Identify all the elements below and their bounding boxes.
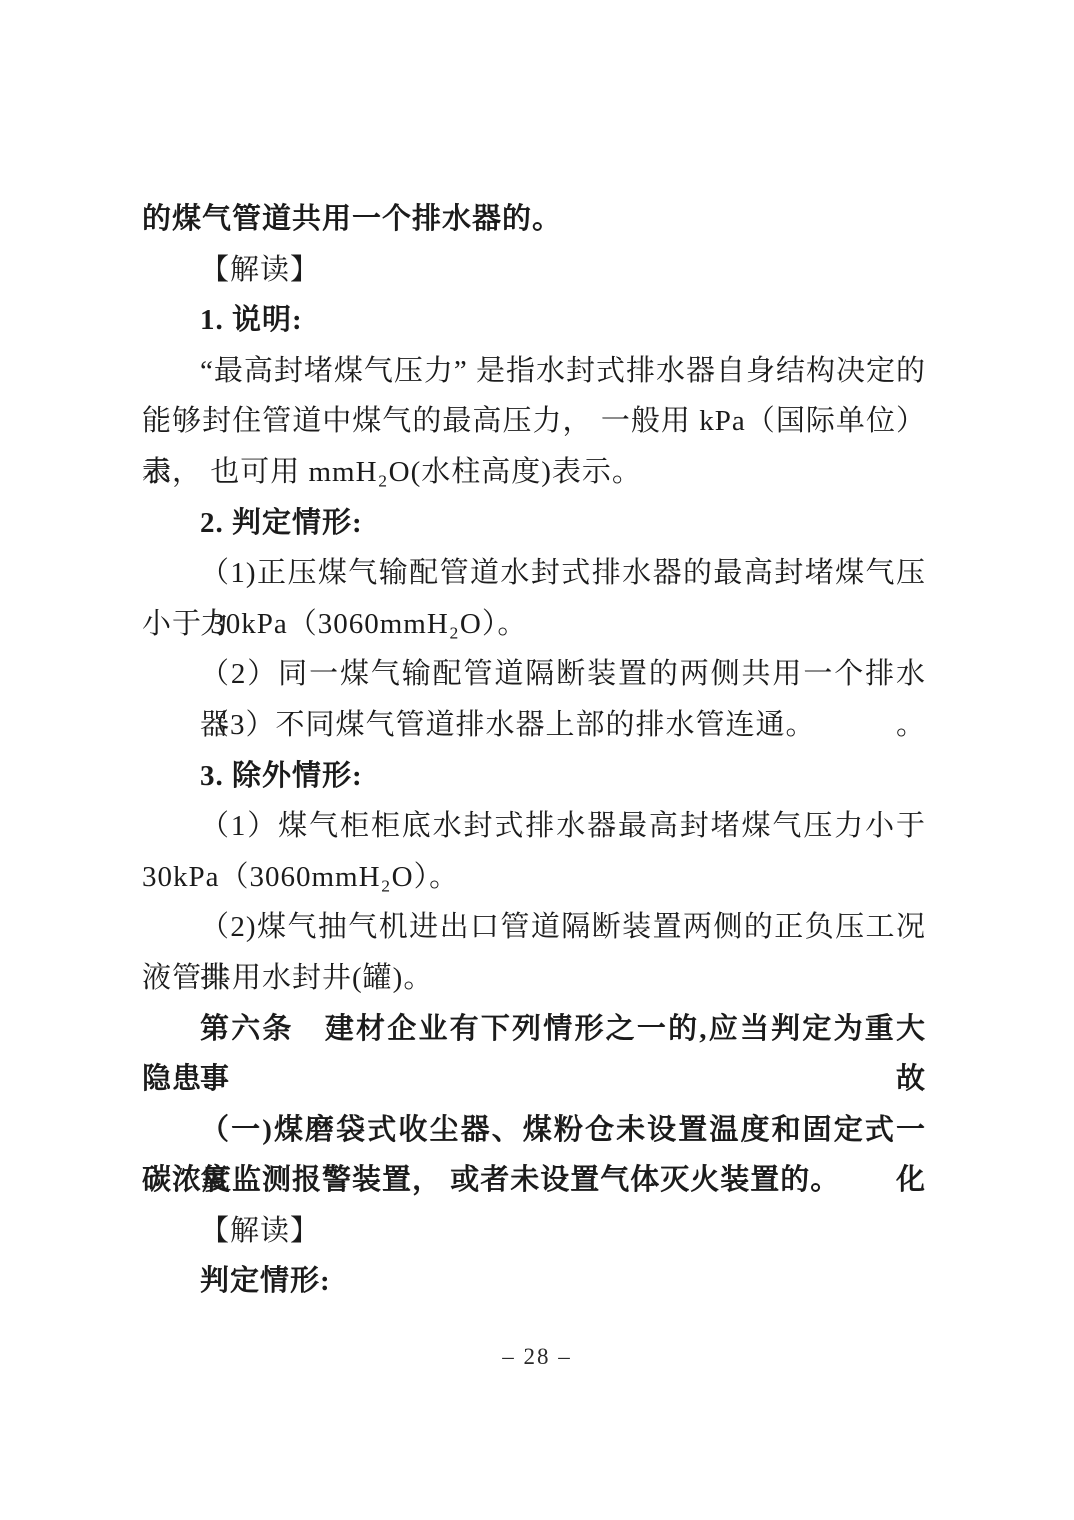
text-line: （2)煤气抽气机进出口管道隔断装置两侧的正负压工况排 [142, 902, 926, 953]
text-line: 【解读】 [142, 1206, 926, 1257]
document-body: 的煤气管道共用一个排水器的。【解读】1. 说明:“最高封堵煤气压力” 是指水封式… [142, 194, 926, 1307]
text-line: 示， 也可用 mmH₂O(水柱高度)表示。 [142, 447, 926, 498]
text-line: 小于 30kPa（3060mmH₂O）。 [142, 599, 926, 650]
text-line: 液管共用水封井(罐)。 [142, 953, 926, 1004]
text-line: 判定情形: [142, 1256, 926, 1307]
page-number: – 28 – [0, 1342, 1074, 1372]
text-line: 30kPa（3060mmH₂O）。 [142, 852, 926, 903]
text-line: （2）同一煤气输配管道隔断装置的两侧共用一个排水器。 [142, 649, 926, 700]
text-line: （3）不同煤气管道排水器上部的排水管连通。 [142, 700, 926, 751]
text-line: 碳浓度监测报警装置， 或者未设置气体灭火装置的。 [142, 1155, 926, 1206]
text-line: 第六条 建材企业有下列情形之一的,应当判定为重大事故 [142, 1004, 926, 1055]
text-line: （1）煤气柜柜底水封式排水器最高封堵煤气压力小于 [142, 801, 926, 852]
text-line: 能够封住管道中煤气的最高压力， 一般用 kPa（国际单位）表 [142, 396, 926, 447]
text-line: （1)正压煤气输配管道水封式排水器的最高封堵煤气压力 [142, 548, 926, 599]
text-line: 1. 说明: [142, 295, 926, 346]
text-line: 2. 判定情形: [142, 498, 926, 549]
text-line: 【解读】 [142, 245, 926, 296]
text-line: 的煤气管道共用一个排水器的。 [142, 194, 926, 245]
text-line: （一)煤磨袋式收尘器、煤粉仓未设置温度和固定式一氧化 [142, 1105, 926, 1156]
document-page: 的煤气管道共用一个排水器的。【解读】1. 说明:“最高封堵煤气压力” 是指水封式… [0, 0, 1074, 1520]
text-line: 3. 除外情形: [142, 751, 926, 802]
text-line: “最高封堵煤气压力” 是指水封式排水器自身结构决定的 [142, 346, 926, 397]
